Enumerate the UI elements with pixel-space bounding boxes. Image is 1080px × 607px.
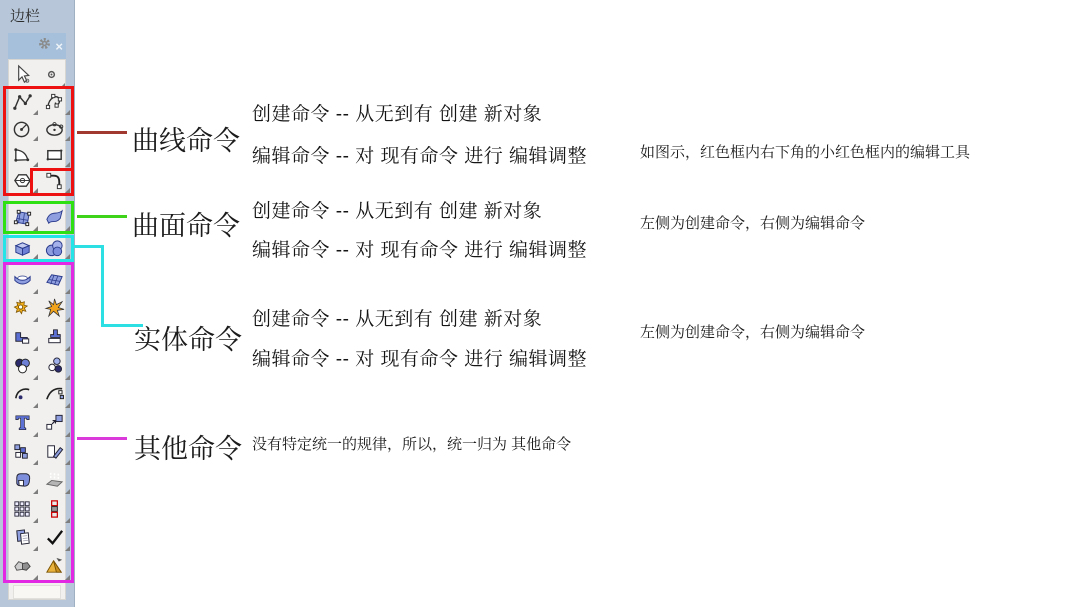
circles-group-icon[interactable] xyxy=(39,351,72,380)
other-group-box xyxy=(3,262,74,583)
connector-solid-line-h1 xyxy=(74,245,104,248)
toolbar-header: × xyxy=(8,33,66,59)
connector-other-line xyxy=(77,437,127,440)
desc-line: 编辑命令 -- 对 现有命令 进行 编辑调整 xyxy=(252,141,587,168)
fillet-curve-icon[interactable] xyxy=(39,167,72,193)
note-curve-commands: 如图示，红色框内右下角的小红色框内的编辑工具 xyxy=(640,141,970,162)
note-surface-commands: 左侧为创建命令，右侧为编辑命令 xyxy=(640,212,865,233)
linked-block-icon[interactable] xyxy=(39,494,72,523)
connector-curve-line xyxy=(77,131,127,134)
pipe-joint-icon[interactable] xyxy=(6,322,39,351)
curve-through-points-icon[interactable] xyxy=(39,89,72,115)
arc-icon[interactable] xyxy=(6,141,39,167)
surface-from-points-icon[interactable] xyxy=(6,204,39,231)
connector-surface-line xyxy=(77,215,127,218)
desc-curve-commands: 创建命令 -- 从无到有 创建 新对象 编辑命令 -- 对 现有命令 进行 编辑… xyxy=(252,99,587,168)
connector-solid-line-v xyxy=(101,245,104,327)
grid-array-icon[interactable] xyxy=(6,494,39,523)
desc-line: 创建命令 -- 从无到有 创建 新对象 xyxy=(252,196,587,223)
edit-block-icon[interactable] xyxy=(39,437,72,466)
blend-curve-icon[interactable] xyxy=(6,380,39,409)
label-other-commands: 其他命令 xyxy=(134,427,242,466)
text-tool-icon[interactable] xyxy=(6,408,39,437)
desc-line: 编辑命令 -- 对 现有命令 进行 编辑调整 xyxy=(252,344,587,371)
sidebar-title: 边栏 xyxy=(10,5,40,26)
rounded-box-icon[interactable] xyxy=(6,465,39,494)
scale-tool-icon[interactable] xyxy=(39,408,72,437)
toolbar-footer-inset xyxy=(13,585,61,599)
desc-other-commands: 没有特定统一的规律，所以，统一归为 其他命令 xyxy=(252,433,571,454)
notes-pages-icon[interactable] xyxy=(6,523,39,552)
solid-box-icon[interactable] xyxy=(6,238,39,259)
desc-line: 编辑命令 -- 对 现有命令 进行 编辑调整 xyxy=(252,235,587,262)
pyramid-tool-icon[interactable] xyxy=(39,551,72,580)
mesh-stones-icon[interactable] xyxy=(6,551,39,580)
check-selection-icon[interactable] xyxy=(39,523,72,552)
explode-burst-icon[interactable] xyxy=(39,294,72,323)
label-surface-commands: 曲面命令 xyxy=(132,204,240,243)
boolean-circles-icon[interactable] xyxy=(6,351,39,380)
desc-surface-commands: 创建命令 -- 从无到有 创建 新对象 编辑命令 -- 对 现有命令 进行 编辑… xyxy=(252,196,587,262)
select-pointer-icon[interactable] xyxy=(8,60,37,88)
surface-group-box xyxy=(3,201,74,234)
note-solid-commands: 左侧为创建命令，右侧为编辑命令 xyxy=(640,321,865,342)
patch-surface-icon[interactable] xyxy=(39,204,72,231)
solid-group-box xyxy=(3,235,74,262)
annotated-toolbar-screenshot: 边栏 × 曲线命令 创建命令 -- 从无到有 创建 新对象 编辑命令 -- 对 … xyxy=(0,0,1080,607)
control-point-curve-icon[interactable] xyxy=(6,89,39,115)
desc-line: 创建命令 -- 从无到有 创建 新对象 xyxy=(252,304,587,331)
gear-tools-icon[interactable] xyxy=(6,294,39,323)
label-curve-commands: 曲线命令 xyxy=(132,119,240,158)
extract-points-icon[interactable] xyxy=(39,465,72,494)
desc-line: 创建命令 -- 从无到有 创建 新对象 xyxy=(252,99,587,126)
close-icon[interactable]: × xyxy=(55,40,63,53)
point-icon[interactable] xyxy=(37,60,66,88)
mesh-patch-icon[interactable] xyxy=(39,265,72,294)
desc-solid-commands: 创建命令 -- 从无到有 创建 新对象 编辑命令 -- 对 现有命令 进行 编辑… xyxy=(252,304,587,371)
solid-spheres-icon[interactable] xyxy=(39,238,72,259)
toolbar-base-row xyxy=(8,60,66,88)
rectangle-icon[interactable] xyxy=(39,141,72,167)
ellipse-icon[interactable] xyxy=(39,115,72,141)
circle-center-radius-icon[interactable] xyxy=(6,115,39,141)
curved-band-surface-icon[interactable] xyxy=(6,265,39,294)
gear-icon[interactable] xyxy=(37,36,52,56)
curve-group-box xyxy=(3,86,74,196)
block-manager-icon[interactable] xyxy=(6,437,39,466)
label-solid-commands: 实体命令 xyxy=(134,318,242,357)
adjustable-blend-icon[interactable] xyxy=(39,380,72,409)
polygon-icon[interactable] xyxy=(6,167,39,193)
block-press-icon[interactable] xyxy=(39,322,72,351)
